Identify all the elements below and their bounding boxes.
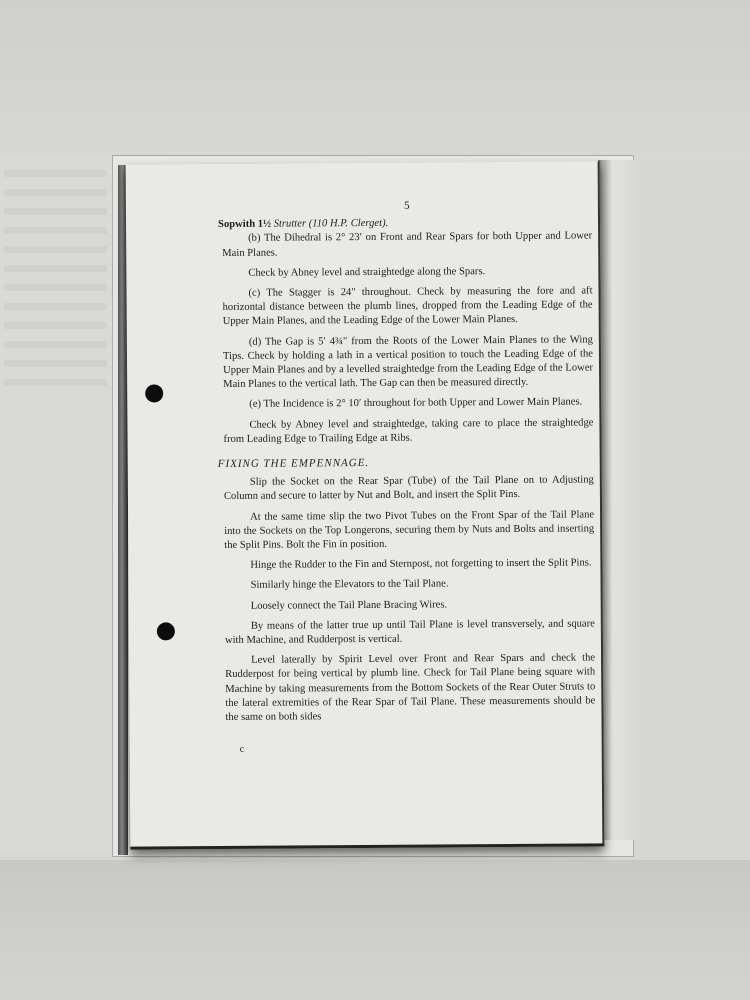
background-surface-top (0, 0, 750, 160)
signature-mark: c (240, 741, 596, 758)
paragraph-dihedral-check: Check by Abney level and straightedge al… (222, 264, 592, 281)
punch-hole-lower (157, 622, 175, 640)
faded-text-line (4, 227, 107, 234)
page-number: 5 (222, 197, 592, 214)
faded-text-line (4, 246, 107, 253)
faded-text-line (4, 170, 107, 177)
paragraph-tail-socket: Slip the Socket on the Rear Spar (Tube) … (224, 474, 594, 505)
faded-text-line (4, 189, 107, 196)
paragraph-incidence-check: Check by Abney level and straightedge, t… (223, 416, 593, 447)
document-page: 5 Sopwith 1½ Strutter (110 H.P. Clerget)… (126, 161, 605, 849)
faded-text-line (4, 379, 107, 386)
faded-text-line (4, 265, 107, 272)
faded-text-line (4, 303, 107, 310)
section-heading: FIXING THE EMPENNAGE. (218, 454, 594, 471)
paragraph-stagger: (c) The Stagger is 24" throughout. Check… (222, 284, 592, 329)
paragraph-incidence: (e) The Incidence is 2° 10′ throughout f… (223, 396, 593, 413)
faded-text-line (4, 360, 107, 367)
paragraph-gap: (d) The Gap is 5′ 4¾" from the Roots of … (223, 333, 593, 392)
faded-text-line (4, 208, 107, 215)
running-head-model: Sopwith 1½ (218, 219, 271, 230)
faded-text-line (4, 322, 107, 329)
paragraph-elevators: Similarly hinge the Elevators to the Tai… (225, 577, 595, 594)
paragraph-rudder: Hinge the Rudder to the Fin and Sternpos… (224, 557, 594, 574)
faded-text-line (4, 341, 107, 348)
paragraph-dihedral: (b) The Dihedral is 2° 23′ on Front and … (222, 230, 592, 261)
paragraph-pivot-tubes: At the same time slip the two Pivot Tube… (224, 508, 594, 553)
punch-hole-upper (145, 384, 163, 402)
page-body: 5 Sopwith 1½ Strutter (110 H.P. Clerget)… (222, 197, 596, 757)
paragraph-level-laterally: Level laterally by Spirit Level over Fro… (225, 652, 595, 726)
faded-text-line (4, 284, 107, 291)
underlying-page-left (0, 158, 116, 853)
paragraph-bracing-wires: Loosely connect the Tail Plane Bracing W… (225, 597, 595, 614)
background-surface-bottom (0, 860, 750, 1000)
running-head-engine: Strutter (110 H.P. Clerget). (274, 218, 389, 230)
paragraph-true-up: By means of the latter true up until Tai… (225, 617, 595, 648)
